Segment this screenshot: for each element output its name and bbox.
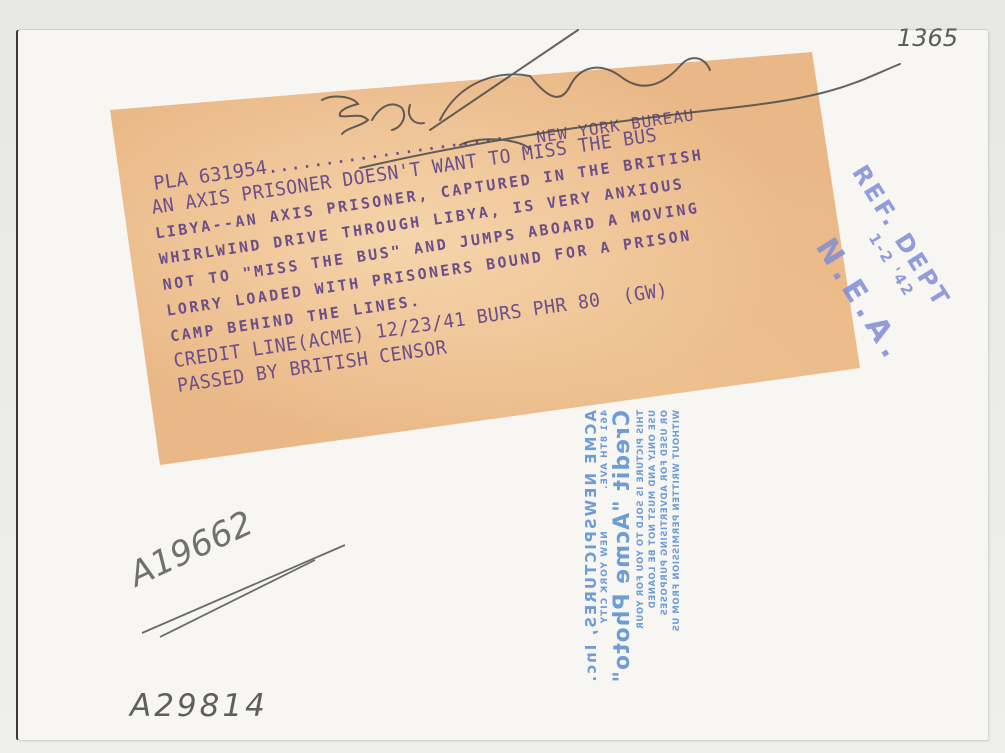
credit-stamp-terms-4: WITHOUT WRITTEN PERMISSION FROM US	[671, 410, 683, 670]
credit-stamp-terms-1: THIS PICTURE IS SOLD TO YOU FOR YOUR	[635, 410, 647, 670]
handwritten-number-top: 1365	[897, 24, 958, 52]
credit-stamp-terms-2: USE ONLY AND MUST NOT BE LOANED	[647, 410, 659, 670]
credit-stamp-address: 461 8TH AVE. NEW YORK CITY	[600, 410, 610, 670]
credit-stamp-company: ACME NEWSPICTURES, Inc.	[582, 410, 600, 670]
credit-stamp-credit: Credit "Acme Photo"	[610, 410, 635, 670]
credit-stamp-terms-3: OR USED FOR ADVERTISING PURPOSES	[659, 410, 671, 670]
handwritten-new-number: A29814	[130, 688, 268, 724]
credit-stamp: ACME NEWSPICTURES, Inc. 461 8TH AVE. NEW…	[582, 410, 732, 670]
